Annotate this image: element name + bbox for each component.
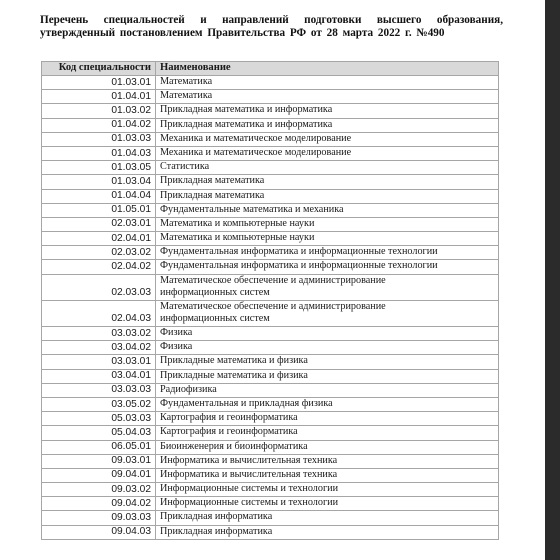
specialty-code: 03.03.03 <box>42 383 156 397</box>
specialty-code: 03.05.02 <box>42 397 156 411</box>
specialty-name: Математика <box>156 76 499 90</box>
table-row: 05.03.03Картография и геоинформатика <box>42 412 499 426</box>
specialty-code: 09.04.02 <box>42 497 156 511</box>
specialty-name: Математика и компьютерные науки <box>156 217 499 231</box>
specialty-name-line: Прикладная математика и информатика <box>160 104 494 117</box>
specialty-code: 03.04.02 <box>42 341 156 355</box>
specialty-code: 01.03.03 <box>42 132 156 146</box>
table-row: 02.04.03Математическое обеспечение и адм… <box>42 300 499 326</box>
specialty-name-line: Информатика и вычислительная техника <box>160 469 494 482</box>
specialty-name: Фундаментальная информатика и информацио… <box>156 260 499 274</box>
table-row: 02.04.01Математика и компьютерные науки <box>42 232 499 246</box>
specialty-code: 01.04.02 <box>42 118 156 132</box>
table-row: 03.04.01Прикладные математика и физика <box>42 369 499 383</box>
specialty-name: Информатика и вычислительная техника <box>156 454 499 468</box>
column-header-name: Наименование <box>156 62 499 76</box>
specialty-name-line: Физика <box>160 341 494 354</box>
specialty-name-line: Механика и математическое моделирование <box>160 147 494 160</box>
table-row: 02.03.03Математическое обеспечение и адм… <box>42 274 499 300</box>
specialty-name: Прикладная математика и информатика <box>156 104 499 118</box>
specialty-name: Радиофизика <box>156 383 499 397</box>
table-row: 03.03.01Прикладные математика и физика <box>42 355 499 369</box>
specialty-name: Биоинженерия и биоинформатика <box>156 440 499 454</box>
table-row: 01.03.03Механика и математическое модели… <box>42 132 499 146</box>
table-row: 09.03.02Информационные системы и техноло… <box>42 483 499 497</box>
specialty-name-line: информационных систем <box>160 313 494 326</box>
specialty-name-line: Математическое обеспечение и администрир… <box>160 275 494 288</box>
specialty-name: Математика <box>156 90 499 104</box>
specialty-name-line: информационных систем <box>160 287 494 300</box>
specialty-code: 01.05.01 <box>42 203 156 217</box>
specialty-name: Физика <box>156 341 499 355</box>
specialty-name-line: Прикладная информатика <box>160 511 494 524</box>
specialty-name-line: Биоинженерия и биоинформатика <box>160 441 494 454</box>
specialty-name-line: Прикладная математика <box>160 175 494 188</box>
document-page: Перечень специальностей и направлений по… <box>0 0 545 560</box>
specialty-code: 01.04.04 <box>42 189 156 203</box>
specialty-name: Математическое обеспечение и администрир… <box>156 300 499 326</box>
viewer-background-strip <box>545 0 560 560</box>
specialty-name-line: Статистика <box>160 161 494 174</box>
table-header-row: Код специальности Наименование <box>42 62 499 76</box>
specialty-name-line: Математика <box>160 76 494 89</box>
specialty-name: Механика и математическое моделирование <box>156 146 499 160</box>
document-title: Перечень специальностей и направлений по… <box>40 14 503 40</box>
specialty-code: 01.03.01 <box>42 76 156 90</box>
table-row: 06.05.01Биоинженерия и биоинформатика <box>42 440 499 454</box>
specialty-code: 02.03.01 <box>42 217 156 231</box>
specialty-name: Прикладная информатика <box>156 511 499 525</box>
table-row: 01.04.04Прикладная математика <box>42 189 499 203</box>
specialty-name-line: Математическое обеспечение и администрир… <box>160 301 494 314</box>
specialty-name-line: Механика и математическое моделирование <box>160 133 494 146</box>
specialty-name: Статистика <box>156 161 499 175</box>
table-row: 09.03.03Прикладная информатика <box>42 511 499 525</box>
specialty-name: Прикладная математика <box>156 175 499 189</box>
specialty-code: 02.03.02 <box>42 246 156 260</box>
specialty-code: 09.03.02 <box>42 483 156 497</box>
specialty-code: 02.04.02 <box>42 260 156 274</box>
specialty-code: 03.03.02 <box>42 327 156 341</box>
specialty-code: 09.04.03 <box>42 525 156 539</box>
specialty-name-line: Информатика и вычислительная техника <box>160 455 494 468</box>
specialty-name: Прикладные математика и физика <box>156 355 499 369</box>
specialty-name-line: Физика <box>160 327 494 340</box>
specialty-name-line: Информационные системы и технологии <box>160 497 494 510</box>
specialty-name: Фундаментальная и прикладная физика <box>156 397 499 411</box>
table-row: 02.04.02Фундаментальная информатика и ин… <box>42 260 499 274</box>
specialty-name-line: Фундаментальная информатика и информацио… <box>160 260 494 273</box>
specialty-code: 02.04.01 <box>42 232 156 246</box>
table-row: 02.03.02Фундаментальная информатика и ин… <box>42 246 499 260</box>
specialty-name-line: Радиофизика <box>160 384 494 397</box>
table-row: 01.04.01Математика <box>42 90 499 104</box>
table-row: 01.05.01Фундаментальные математика и мех… <box>42 203 499 217</box>
table-row: 01.04.03Механика и математическое модели… <box>42 146 499 160</box>
specialty-name: Прикладная информатика <box>156 525 499 539</box>
specialty-code: 02.03.03 <box>42 274 156 300</box>
specialty-name: Фундаментальные математика и механика <box>156 203 499 217</box>
table-row: 01.03.02Прикладная математика и информат… <box>42 104 499 118</box>
specialty-name: Математическое обеспечение и администрир… <box>156 274 499 300</box>
specialty-name: Фундаментальная информатика и информацио… <box>156 246 499 260</box>
specialty-name-line: Прикладная математика и информатика <box>160 119 494 132</box>
specialty-code: 01.04.03 <box>42 146 156 160</box>
specialty-name: Математика и компьютерные науки <box>156 232 499 246</box>
table-row: 03.05.02Фундаментальная и прикладная физ… <box>42 397 499 411</box>
specialty-name: Информационные системы и технологии <box>156 483 499 497</box>
specialties-table: Код специальности Наименование 01.03.01М… <box>41 61 499 540</box>
specialty-code: 09.04.01 <box>42 468 156 482</box>
table-row: 01.03.04Прикладная математика <box>42 175 499 189</box>
table-row: 09.03.01Информатика и вычислительная тех… <box>42 454 499 468</box>
specialty-code: 09.03.03 <box>42 511 156 525</box>
specialty-code: 01.04.01 <box>42 90 156 104</box>
specialty-name: Физика <box>156 327 499 341</box>
specialty-code: 06.05.01 <box>42 440 156 454</box>
specialty-name-line: Картография и геоинформатика <box>160 426 494 439</box>
table-row: 01.03.01Математика <box>42 76 499 90</box>
specialty-name-line: Прикладные математика и физика <box>160 370 494 383</box>
specialty-code: 02.04.03 <box>42 300 156 326</box>
specialty-name-line: Математика <box>160 90 494 103</box>
table-row: 09.04.02Информационные системы и техноло… <box>42 497 499 511</box>
specialty-name-line: Фундаментальная и прикладная физика <box>160 398 494 411</box>
specialty-code: 03.04.01 <box>42 369 156 383</box>
specialty-name-line: Картография и геоинформатика <box>160 412 494 425</box>
specialty-code: 01.03.04 <box>42 175 156 189</box>
specialty-code: 09.03.01 <box>42 454 156 468</box>
table-row: 02.03.01Математика и компьютерные науки <box>42 217 499 231</box>
specialty-name-line: Прикладные математика и физика <box>160 355 494 368</box>
specialty-code: 01.03.05 <box>42 161 156 175</box>
specialty-name-line: Прикладная информатика <box>160 526 494 539</box>
specialty-name: Прикладная математика <box>156 189 499 203</box>
table-row: 09.04.01Информатика и вычислительная тех… <box>42 468 499 482</box>
specialty-code: 03.03.01 <box>42 355 156 369</box>
table-row: 03.04.02Физика <box>42 341 499 355</box>
specialty-code: 05.03.03 <box>42 412 156 426</box>
specialty-name-line: Математика и компьютерные науки <box>160 218 494 231</box>
column-header-code: Код специальности <box>42 62 156 76</box>
table-row: 09.04.03Прикладная информатика <box>42 525 499 539</box>
specialty-name: Картография и геоинформатика <box>156 412 499 426</box>
specialty-name-line: Информационные системы и технологии <box>160 483 494 496</box>
specialty-name-line: Прикладная математика <box>160 190 494 203</box>
specialty-name-line: Математика и компьютерные науки <box>160 232 494 245</box>
specialty-name: Информационные системы и технологии <box>156 497 499 511</box>
specialty-name: Прикладные математика и физика <box>156 369 499 383</box>
specialty-name: Картография и геоинформатика <box>156 426 499 440</box>
specialty-name: Информатика и вычислительная техника <box>156 468 499 482</box>
specialty-name: Механика и математическое моделирование <box>156 132 499 146</box>
specialty-code: 05.04.03 <box>42 426 156 440</box>
table-row: 03.03.02Физика <box>42 327 499 341</box>
specialty-name-line: Фундаментальная информатика и информацио… <box>160 246 494 259</box>
table-row: 03.03.03Радиофизика <box>42 383 499 397</box>
specialty-name: Прикладная математика и информатика <box>156 118 499 132</box>
table-row: 01.04.02Прикладная математика и информат… <box>42 118 499 132</box>
specialty-code: 01.03.02 <box>42 104 156 118</box>
specialty-name-line: Фундаментальные математика и механика <box>160 204 494 217</box>
table-row: 05.04.03Картография и геоинформатика <box>42 426 499 440</box>
table-row: 01.03.05Статистика <box>42 161 499 175</box>
